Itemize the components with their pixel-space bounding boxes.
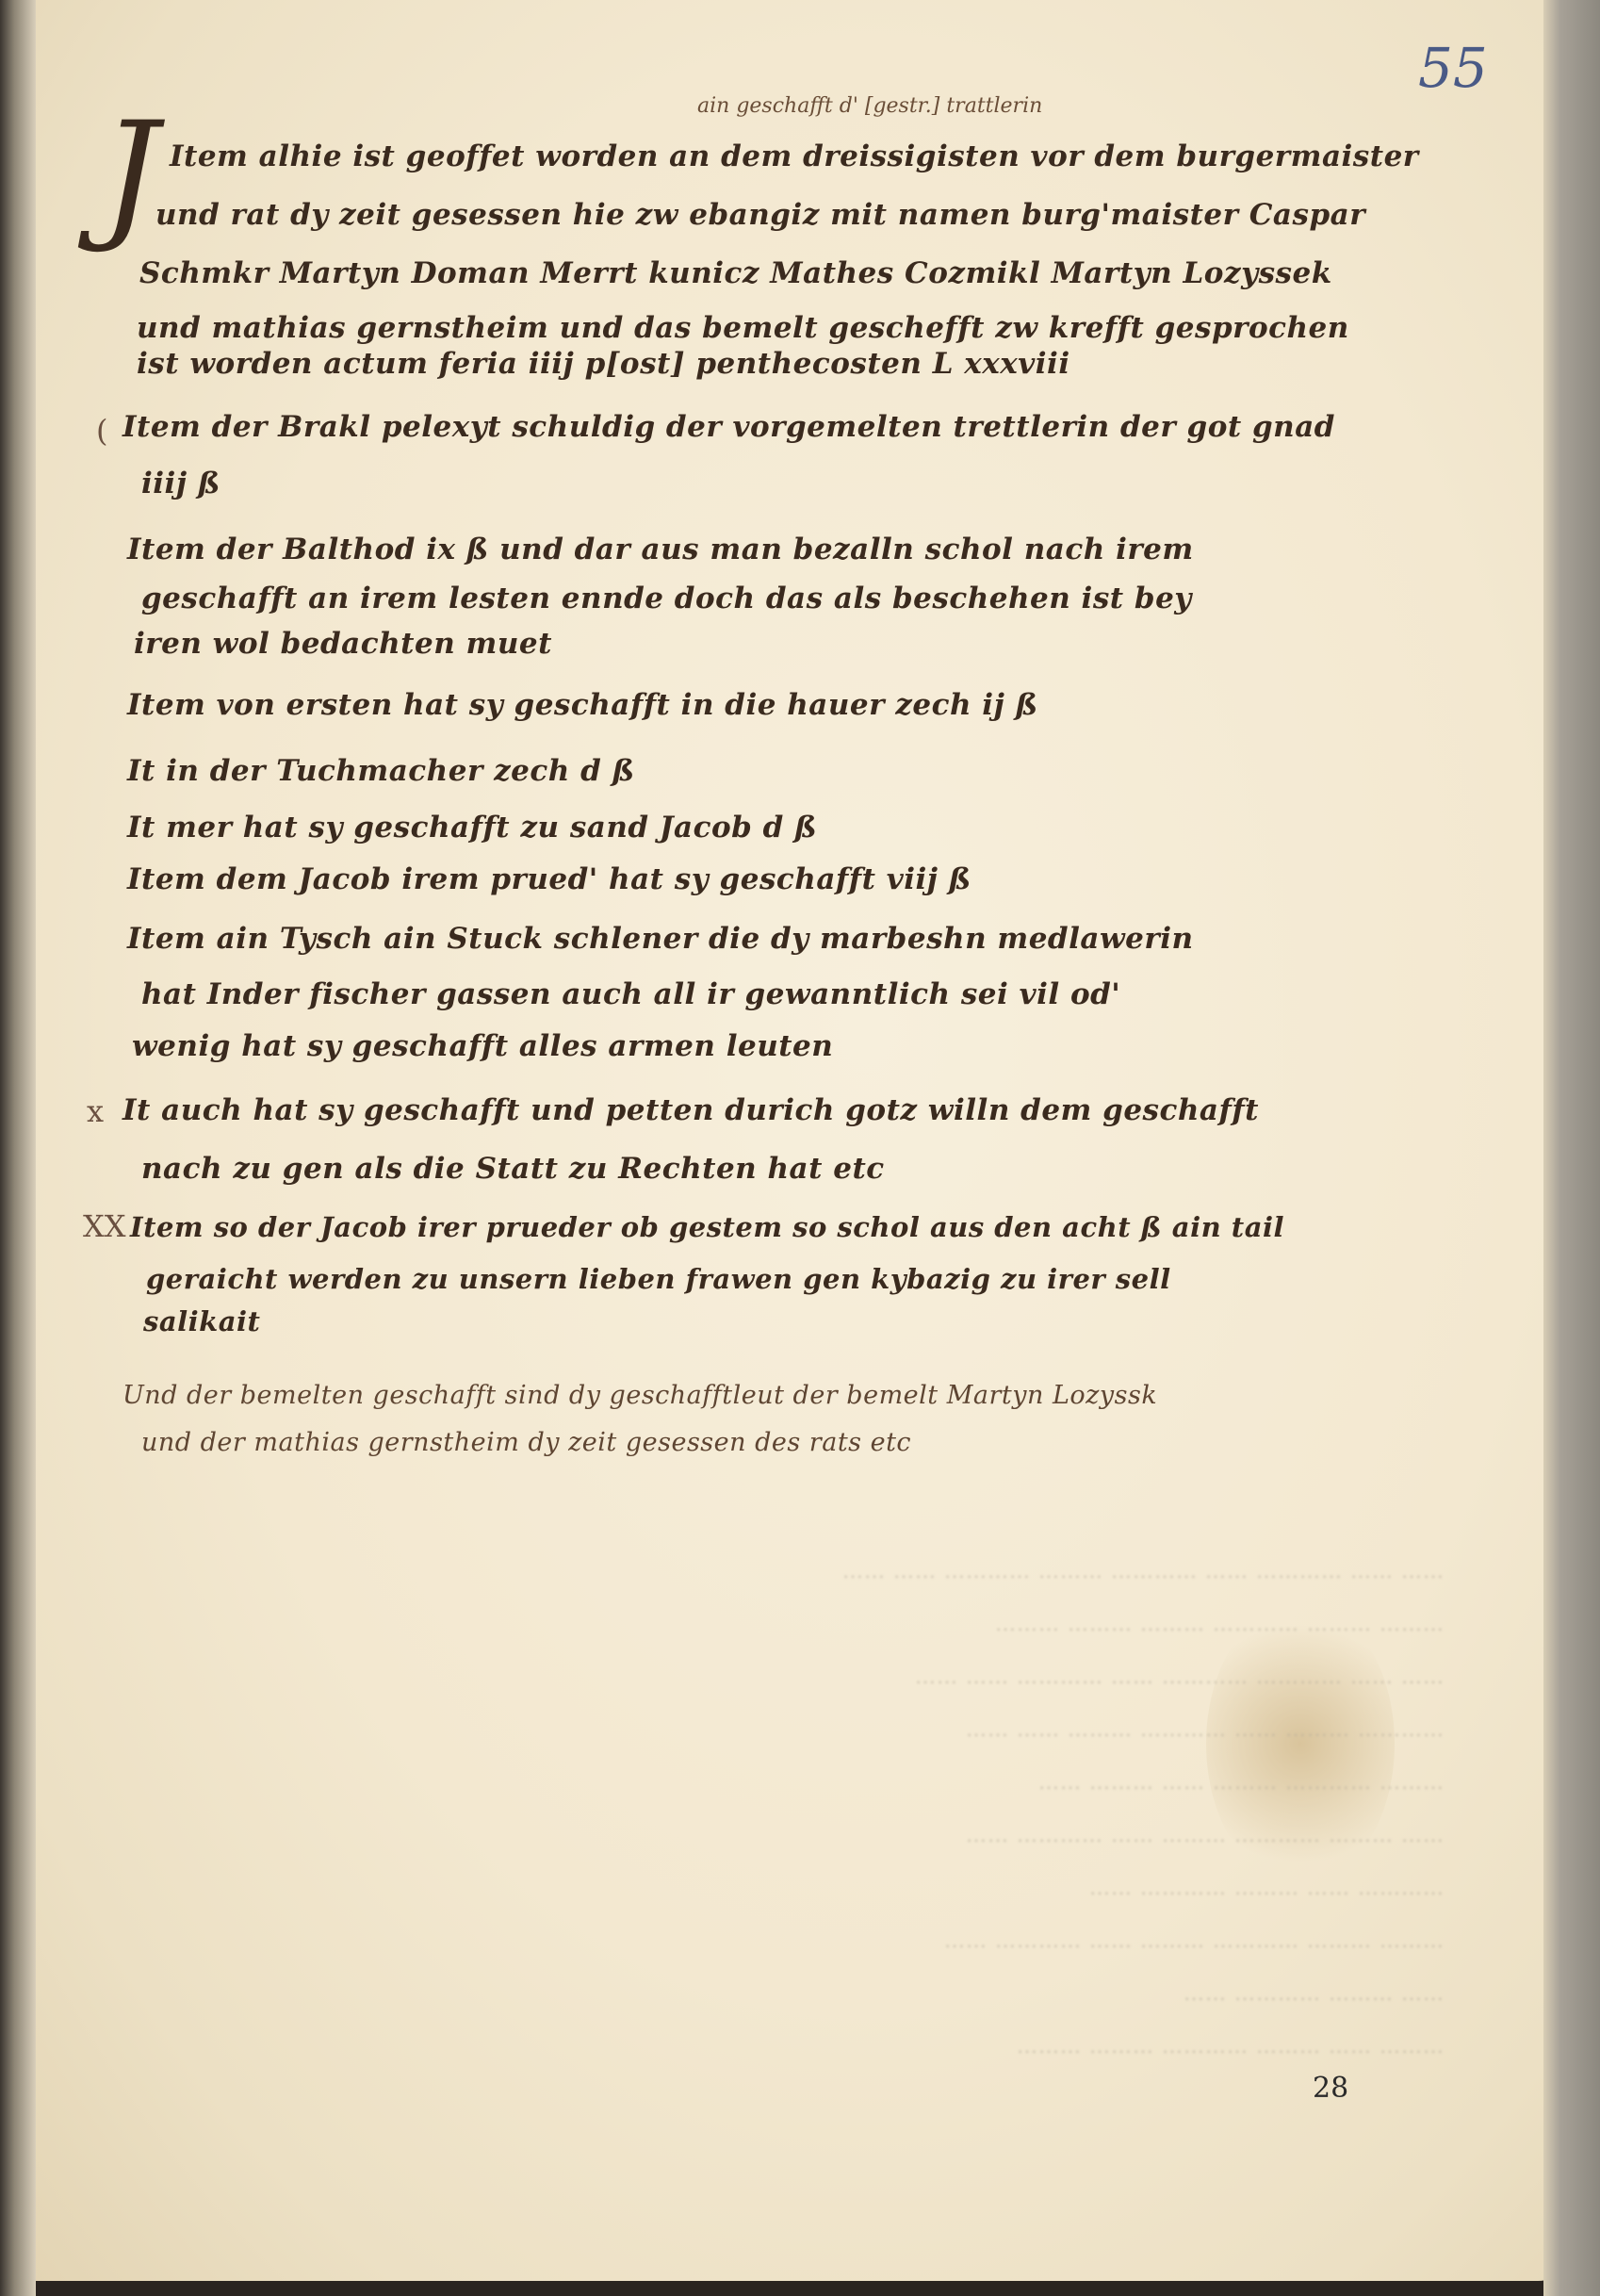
adjacent-page-edge bbox=[1543, 0, 1600, 2296]
margin-mark: x bbox=[87, 1093, 104, 1129]
text-line: geraicht werden zu unsern lieben frawen … bbox=[146, 1263, 1171, 1295]
folio-number: 55 bbox=[1418, 36, 1488, 100]
text-line: Item alhie ist geoffet worden an dem dre… bbox=[170, 139, 1419, 173]
text-line: salikait bbox=[143, 1305, 260, 1337]
text-line: Schmkr Martyn Doman Merrt kunicz Mathes … bbox=[139, 256, 1332, 290]
text-line: It in der Tuchmacher zech d ß bbox=[127, 754, 635, 788]
text-line: geschafft an irem lesten ennde doch das … bbox=[141, 582, 1192, 615]
text-line: und rat dy zeit gesessen hie zw ebangiz … bbox=[155, 198, 1365, 232]
binding-gutter bbox=[0, 0, 36, 2296]
margin-mark: XX bbox=[83, 1208, 126, 1244]
interlinear-insertion: ain geschafft d' [gestr.] trattlerin bbox=[697, 94, 1042, 118]
text-line: It mer hat sy geschafft zu sand Jacob d … bbox=[127, 811, 817, 845]
text-line: iiij ß bbox=[141, 467, 220, 500]
text-line: Item von ersten hat sy geschafft in die … bbox=[127, 688, 1038, 722]
manuscript-page: …… …… ………… …… ………… ……… ………… …… …… ……… ……… bbox=[0, 0, 1576, 2281]
text-line: Und der bemelten geschafft sind dy gesch… bbox=[122, 1381, 1157, 1410]
archive-stamp-number: 28 bbox=[1313, 2072, 1348, 2105]
text-line: nach zu gen als die Statt zu Rechten hat… bbox=[141, 1152, 885, 1186]
text-line: und mathias gernstheim und das bemelt ge… bbox=[137, 311, 1349, 345]
text-line: iren wol bedachten muet bbox=[134, 627, 552, 661]
text-line: hat Inder fischer gassen auch all ir gew… bbox=[141, 977, 1120, 1011]
show-through-text: …… …… ………… …… ………… ……… ………… …… …… ……… ……… bbox=[132, 1546, 1444, 2074]
decorated-initial: J bbox=[102, 104, 158, 245]
text-line: It auch hat sy geschafft und petten duri… bbox=[122, 1093, 1259, 1127]
margin-mark: ( bbox=[96, 413, 107, 449]
text-line: Item der Balthod ix ß und dar aus man be… bbox=[127, 533, 1194, 566]
text-line: Item ain Tysch ain Stuck schlener die dy… bbox=[127, 922, 1194, 956]
text-line: und der mathias gernstheim dy zeit geses… bbox=[141, 1428, 911, 1457]
text-line: Item dem Jacob irem prued' hat sy gescha… bbox=[127, 862, 971, 896]
text-line: Item der Brakl pelexyt schuldig der vorg… bbox=[122, 410, 1335, 444]
text-line: wenig hat sy geschafft alles armen leute… bbox=[132, 1029, 833, 1063]
text-line: ist worden actum feria iiij p[ost] penth… bbox=[137, 347, 1070, 381]
text-line: Item so der Jacob irer prueder ob gestem… bbox=[130, 1211, 1284, 1243]
